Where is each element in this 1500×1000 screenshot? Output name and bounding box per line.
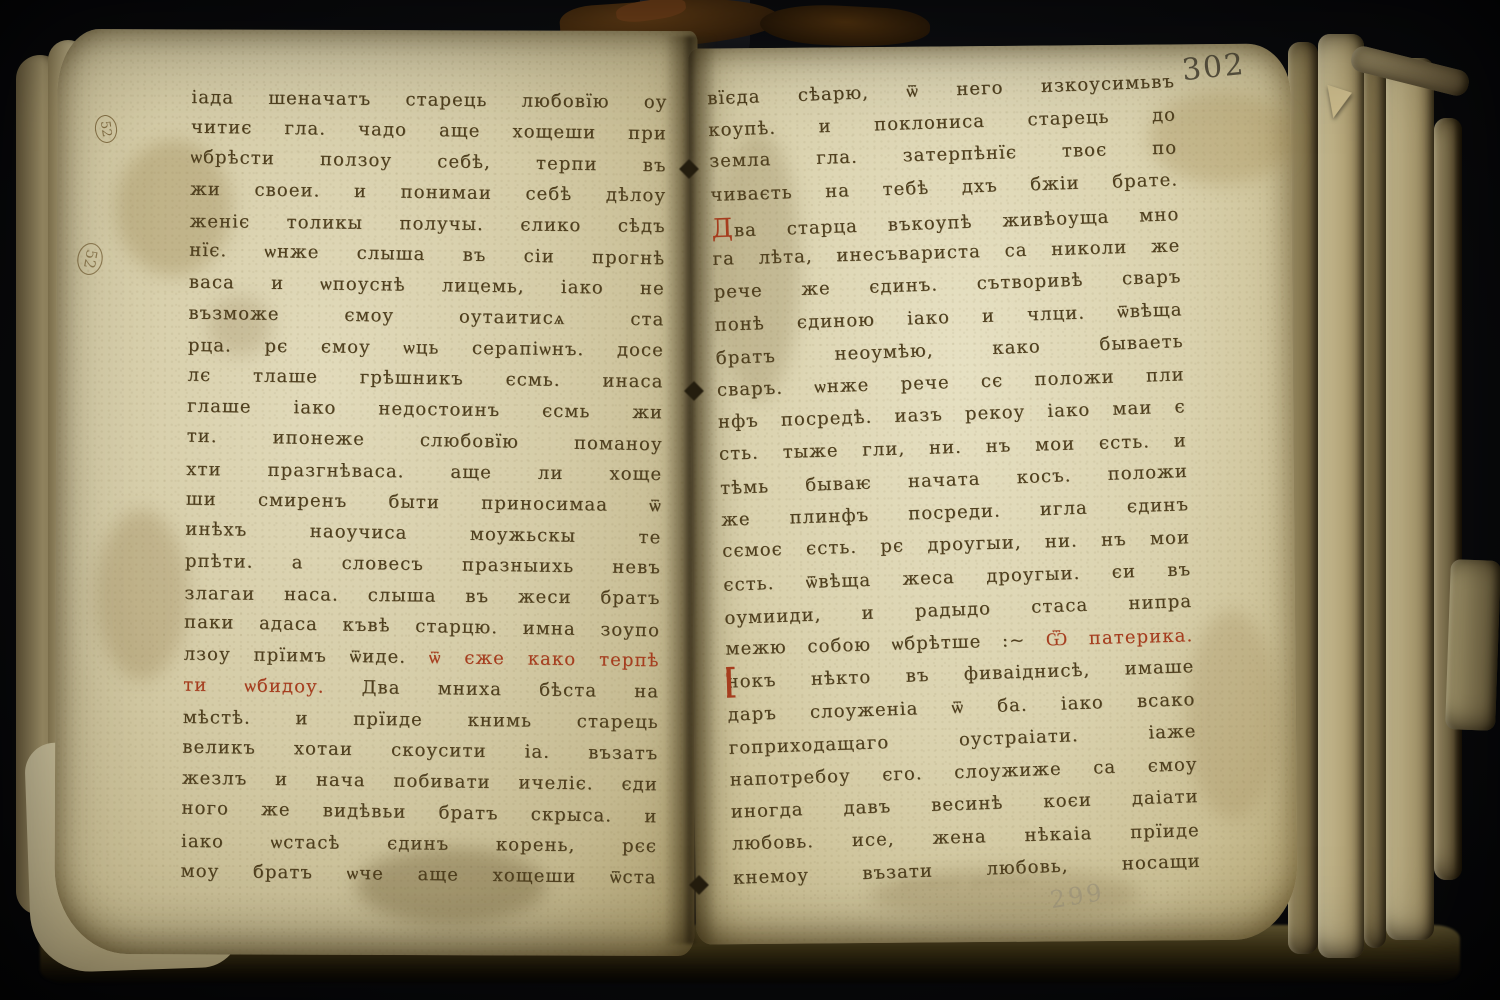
- text-segment: рпѣти. а словесъ празныихь невъ: [185, 551, 661, 579]
- text-segment: ти. ипонеже слюбовїю поманоу: [186, 426, 662, 456]
- fore-edge-strip: [1434, 118, 1462, 880]
- text-segment: женіє толикы получы. єлико сѣдъ: [190, 211, 666, 237]
- text-segment: іако ѡстасѣ єдинъ корень, рєє: [181, 831, 657, 857]
- folio-number: 302: [1180, 47, 1247, 88]
- text-segment: жезлъ и нача побивати ичеліє. єди: [182, 768, 658, 796]
- text-segment: нїє. ѡнже слыша въ сіи прогнѣ: [189, 240, 665, 270]
- text-segment: ши смиренъ быти приносимаа ѿ: [186, 489, 662, 517]
- text-segment: глаше іако недостоинъ єсмь жи: [187, 396, 663, 424]
- spine-leather-fragment: [759, 2, 931, 51]
- text-segment: ѡбрѣсти ползоу себѣ, терпи въ: [190, 147, 666, 177]
- fore-edge-strip: [1318, 34, 1364, 958]
- manuscript-line: жи своеи. и понимаи себѣ дѣлоу: [190, 174, 666, 212]
- text-segment: межю собою ѡбрѣтше :~: [725, 629, 1046, 659]
- text-segment: рца. рє ємоу ѡць серапіѡнъ. досе: [188, 335, 664, 361]
- right-page-text: вїєда сѣарю, ѿ него изкоусимьвъкоупѣ. и …: [707, 66, 1202, 894]
- manuscript-photo: іада шеначатъ старець любовїю оучитиє гл…: [0, 0, 1500, 1000]
- manuscript-line: ти ѡбидоу. Два мниха бѣста на: [183, 670, 659, 708]
- fore-edge-strip: [1386, 58, 1434, 940]
- text-segment: лє тлаше грѣшникъ єсмь. инаса: [187, 365, 663, 393]
- text-segment: васа и ѡпоуснѣ лицемь, іако не: [189, 272, 665, 300]
- text-segment: хти празгнѣваса. аще ли хоще: [186, 459, 662, 485]
- rubricated-initial: Д: [711, 213, 734, 244]
- left-page-text: іада шеначатъ старець любовїю оучитиє гл…: [180, 81, 667, 894]
- text-segment: Ѿ патерика.: [1046, 625, 1194, 650]
- text-segment: жи своеи. и понимаи себѣ дѣлоу: [190, 179, 666, 207]
- fore-edge-strip: [1364, 52, 1386, 948]
- rubricated-initial: И: [726, 662, 739, 699]
- text-segment: великъ хотаи скоусити іа. възатъ: [182, 737, 658, 765]
- manuscript-line: рпѣти. а словесъ празныихь невъ: [185, 546, 661, 584]
- text-segment: инѣхъ наоучиса моужьскы те: [185, 519, 661, 549]
- text-segment: ного же видѣвьи братъ скрыса. и: [181, 798, 657, 828]
- text-segment: ти ѡбидоу.: [183, 675, 362, 698]
- fore-edge-patch: [1445, 559, 1500, 731]
- text-segment: читиє гла. чадо аще хощеши при: [191, 117, 667, 145]
- manuscript-line: моу братъ ѡче аще хощеши ѿста: [180, 856, 656, 894]
- text-segment: мѣстѣ. и прїиде книмь старець: [183, 707, 659, 733]
- text-segment: моу братъ ѡче аще хощеши ѿста: [180, 861, 656, 889]
- manuscript-line: възможе ємоу оутаитисѧ ста: [188, 298, 664, 336]
- text-segment: лзоу прїимъ ѿиде.: [183, 644, 429, 668]
- text-segment: паки адаса къвѣ старцю. имна зоупо: [184, 612, 660, 642]
- text-segment: възможе ємоу оутаитисѧ ста: [188, 303, 664, 331]
- text-segment: Два мниха бѣста на: [362, 677, 660, 702]
- text-segment: ѿ єже како терпѣ: [429, 647, 660, 671]
- text-segment: іада шеначатъ старець любовїю оу: [191, 87, 667, 113]
- text-segment: злагаи наса. слыша въ жеси братъ: [184, 583, 660, 609]
